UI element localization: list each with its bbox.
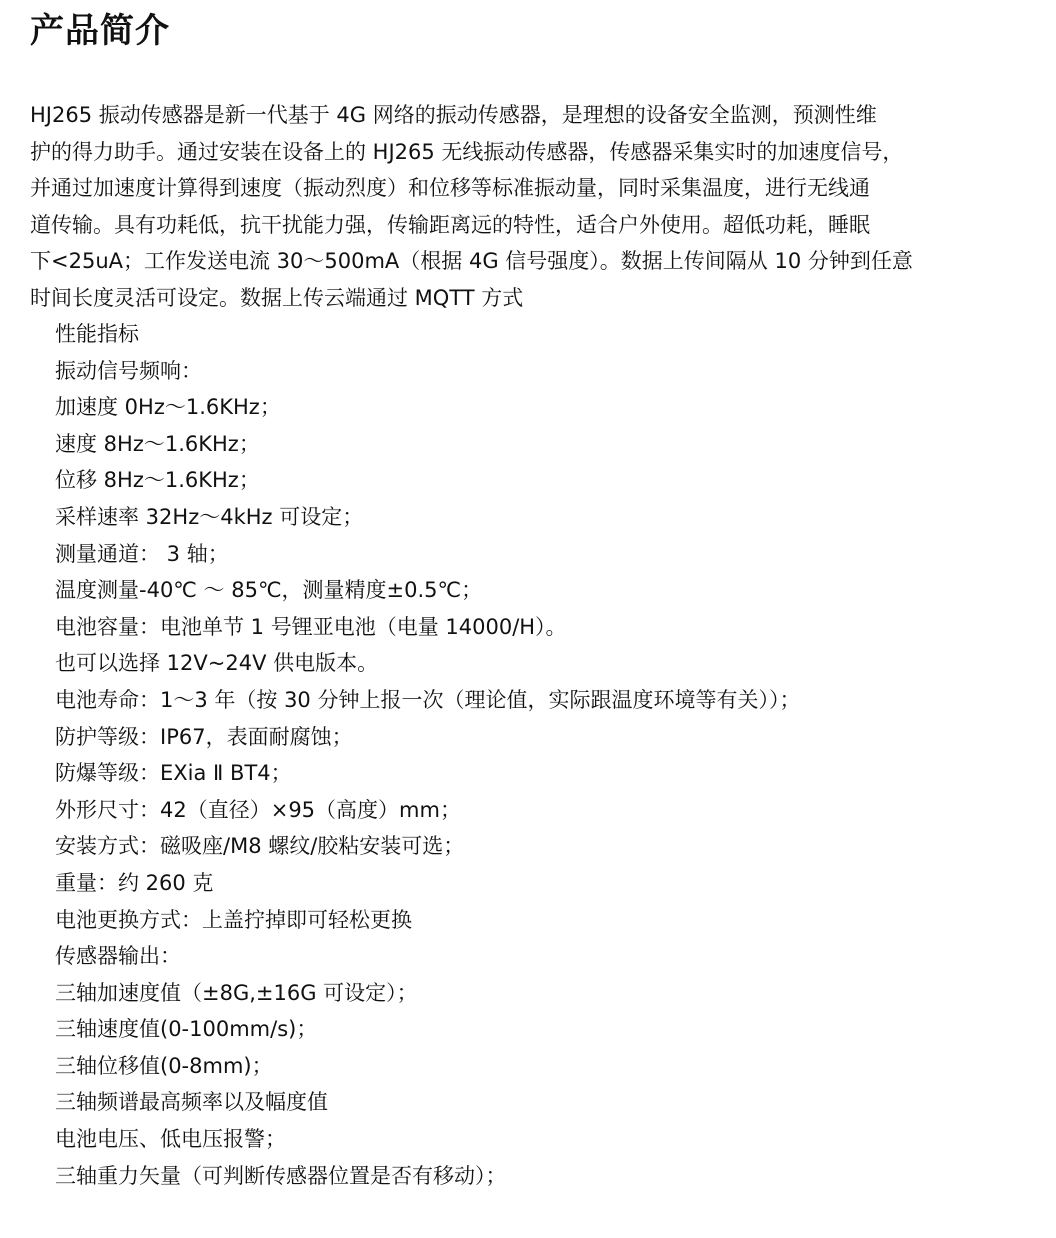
intro-line: 护的得力助手。通过安装在设备上的 HJ265 无线振动传感器，传感器采集实时的加… — [30, 134, 1010, 171]
spec-item: 位移 8Hz～1.6KHz； — [55, 462, 800, 499]
spec-item: 加速度 0Hz～1.6KHz； — [55, 389, 800, 426]
spec-item: 传感器输出： — [55, 938, 800, 975]
spec-list: 性能指标 振动信号频响： 加速度 0Hz～1.6KHz； 速度 8Hz～1.6K… — [55, 316, 800, 1194]
spec-item: 三轴频谱最高频率以及幅度值 — [55, 1084, 800, 1121]
intro-line: 下<25uA；工作发送电流 30～500mA（根据 4G 信号强度）。数据上传间… — [30, 243, 1010, 280]
intro-line: 并通过加速度计算得到速度（振动烈度）和位移等标准振动量，同时采集温度，进行无线通 — [30, 170, 1010, 207]
spec-item: 振动信号频响： — [55, 353, 800, 390]
intro-line: 道传输。具有功耗低，抗干扰能力强，传输距离远的特性，适合户外使用。超低功耗，睡眠 — [30, 207, 1010, 244]
spec-item: 防爆等级：EXia Ⅱ BT4； — [55, 755, 800, 792]
spec-item: 重量：约 260 克 — [55, 865, 800, 902]
spec-item: 温度测量-40℃ ～ 85℃，测量精度±0.5℃； — [55, 572, 800, 609]
spec-item: 电池容量：电池单节 1 号锂亚电池（电量 14000/H）。 — [55, 609, 800, 646]
spec-item: 三轴重力矢量（可判断传感器位置是否有移动）； — [55, 1158, 800, 1195]
spec-item: 三轴速度值(0-100mm/s)； — [55, 1011, 800, 1048]
intro-paragraph: HJ265 振动传感器是新一代基于 4G 网络的振动传感器，是理想的设备安全监测… — [30, 97, 1010, 317]
spec-item: 电池电压、低电压报警； — [55, 1121, 800, 1158]
intro-line: 时间长度灵活可设定。数据上传云端通过 MQTT 方式 — [30, 280, 1010, 317]
spec-item: 速度 8Hz～1.6KHz； — [55, 426, 800, 463]
spec-item: 电池更换方式：上盖拧掉即可轻松更换 — [55, 902, 800, 939]
spec-item: 采样速率 32Hz～4kHz 可设定； — [55, 499, 800, 536]
spec-item: 外形尺寸：42（直径）×95（高度）mm； — [55, 792, 800, 829]
spec-item: 三轴加速度值（±8G,±16G 可设定）； — [55, 975, 800, 1012]
spec-item: 测量通道： 3 轴； — [55, 536, 800, 573]
spec-item: 防护等级：IP67，表面耐腐蚀； — [55, 719, 800, 756]
intro-line: HJ265 振动传感器是新一代基于 4G 网络的振动传感器，是理想的设备安全监测… — [30, 97, 1010, 134]
page-title: 产品简介 — [30, 8, 170, 54]
spec-item: 也可以选择 12V~24V 供电版本。 — [55, 645, 800, 682]
spec-item: 电池寿命：1～3 年（按 30 分钟上报一次（理论值，实际跟温度环境等有关））； — [55, 682, 800, 719]
spec-item: 三轴位移值(0-8mm)； — [55, 1048, 800, 1085]
spec-item: 安装方式：磁吸座/M8 螺纹/胶粘安装可选； — [55, 828, 800, 865]
spec-heading: 性能指标 — [55, 316, 800, 353]
